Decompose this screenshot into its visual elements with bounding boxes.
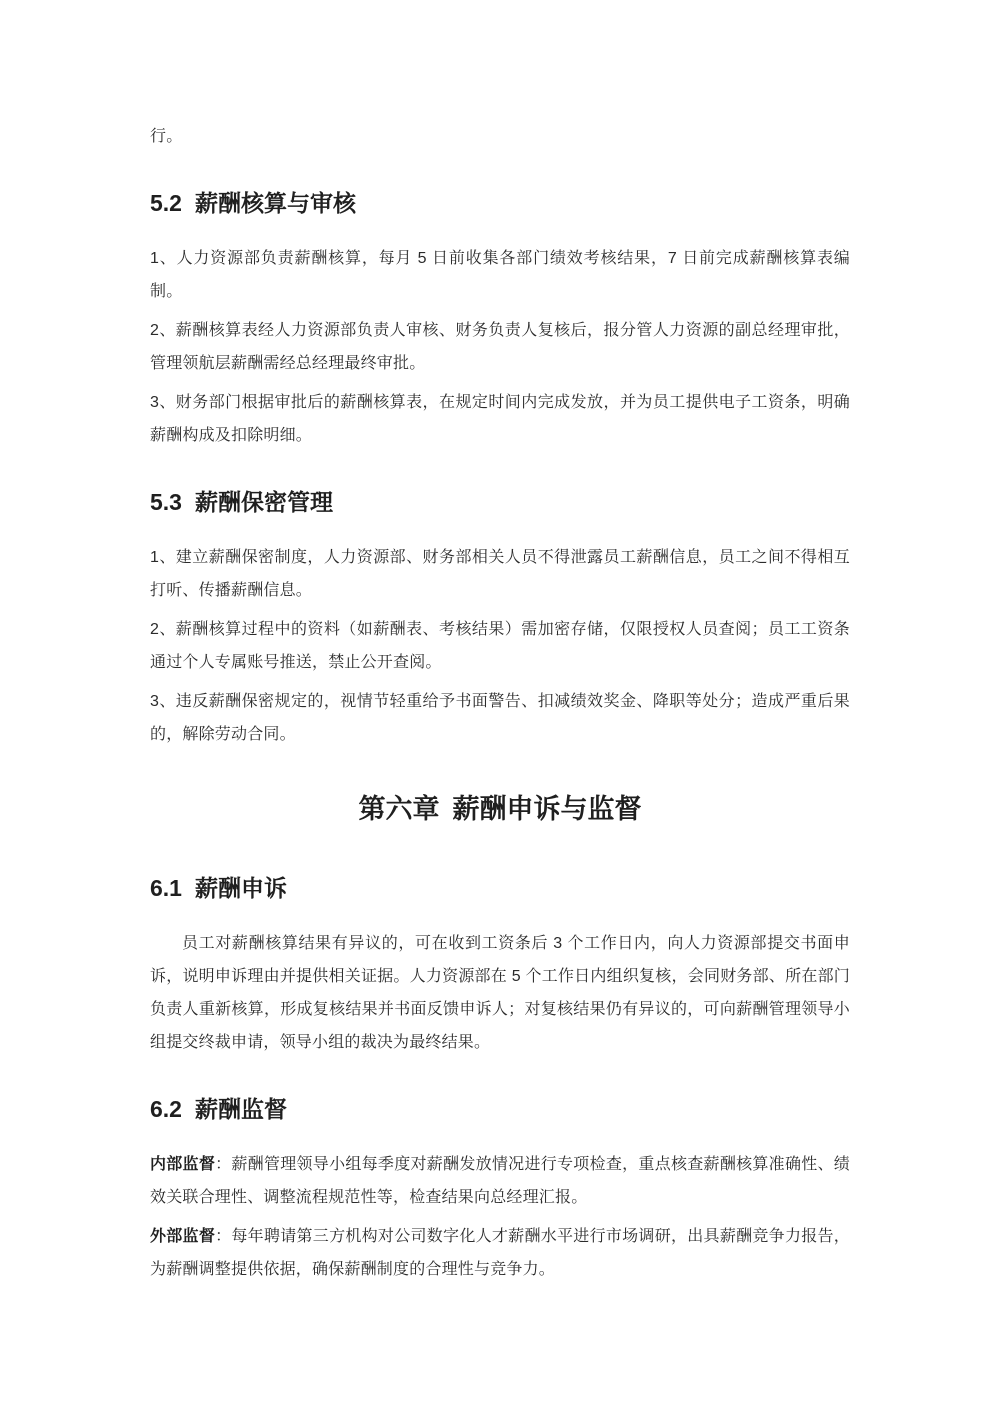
heading-5-3: 5.3薪酬保密管理 [150, 485, 850, 519]
chapter-heading-title: 薪酬申诉与监督 [453, 794, 642, 824]
external-supervision-text: ：每年聘请第三方机构对公司数字化人才薪酬水平进行市场调研，出具薪酬竞争力报告，为… [150, 1228, 850, 1278]
internal-supervision-text: ：薪酬管理领导小组每季度对薪酬发放情况进行专项检查，重点核查薪酬核算准确性、绩效… [150, 1156, 850, 1206]
paragraph: 3、违反薪酬保密规定的，视情节轻重给予书面警告、扣减绩效奖金、降职等处分；造成严… [150, 685, 850, 751]
heading-6-2-title: 薪酬监督 [195, 1096, 287, 1122]
paragraph-external-supervision: 外部监督：每年聘请第三方机构对公司数字化人才薪酬水平进行市场调研，出具薪酬竞争力… [150, 1220, 850, 1286]
paragraph: 1、建立薪酬保密制度，人力资源部、财务部相关人员不得泄露员工薪酬信息，员工之间不… [150, 541, 850, 607]
heading-6-2-number: 6.2 [150, 1096, 182, 1122]
document-page: 行。 5.2薪酬核算与审核 1、人力资源部负责薪酬核算，每月 5 日前收集各部门… [0, 0, 1000, 1414]
paragraph: 员工对薪酬核算结果有异议的，可在收到工资条后 3 个工作日内，向人力资源部提交书… [150, 927, 850, 1059]
chapter-heading: 第六章薪酬申诉与监督 [150, 791, 850, 827]
heading-6-1-number: 6.1 [150, 875, 182, 901]
paragraph: 3、财务部门根据审批后的薪酬核算表，在规定时间内完成发放，并为员工提供电子工资条… [150, 386, 850, 452]
heading-5-2-title: 薪酬核算与审核 [195, 190, 356, 216]
external-supervision-label: 外部监督 [150, 1228, 215, 1245]
heading-6-1-title: 薪酬申诉 [195, 875, 287, 901]
heading-5-2: 5.2薪酬核算与审核 [150, 186, 850, 220]
paragraph-continuation: 行。 [150, 120, 850, 153]
paragraph: 2、薪酬核算过程中的资料（如薪酬表、考核结果）需加密存储，仅限授权人员查阅；员工… [150, 613, 850, 679]
heading-6-2: 6.2薪酬监督 [150, 1092, 850, 1126]
heading-5-2-number: 5.2 [150, 190, 182, 216]
internal-supervision-label: 内部监督 [150, 1156, 215, 1173]
heading-5-3-title: 薪酬保密管理 [195, 489, 333, 515]
paragraph-internal-supervision: 内部监督：薪酬管理领导小组每季度对薪酬发放情况进行专项检查，重点核查薪酬核算准确… [150, 1148, 850, 1214]
paragraph: 2、薪酬核算表经人力资源部负责人审核、财务负责人复核后，报分管人力资源的副总经理… [150, 314, 850, 380]
chapter-heading-number: 第六章 [359, 794, 440, 824]
heading-6-1: 6.1薪酬申诉 [150, 871, 850, 905]
heading-5-3-number: 5.3 [150, 489, 182, 515]
paragraph: 1、人力资源部负责薪酬核算，每月 5 日前收集各部门绩效考核结果，7 日前完成薪… [150, 242, 850, 308]
